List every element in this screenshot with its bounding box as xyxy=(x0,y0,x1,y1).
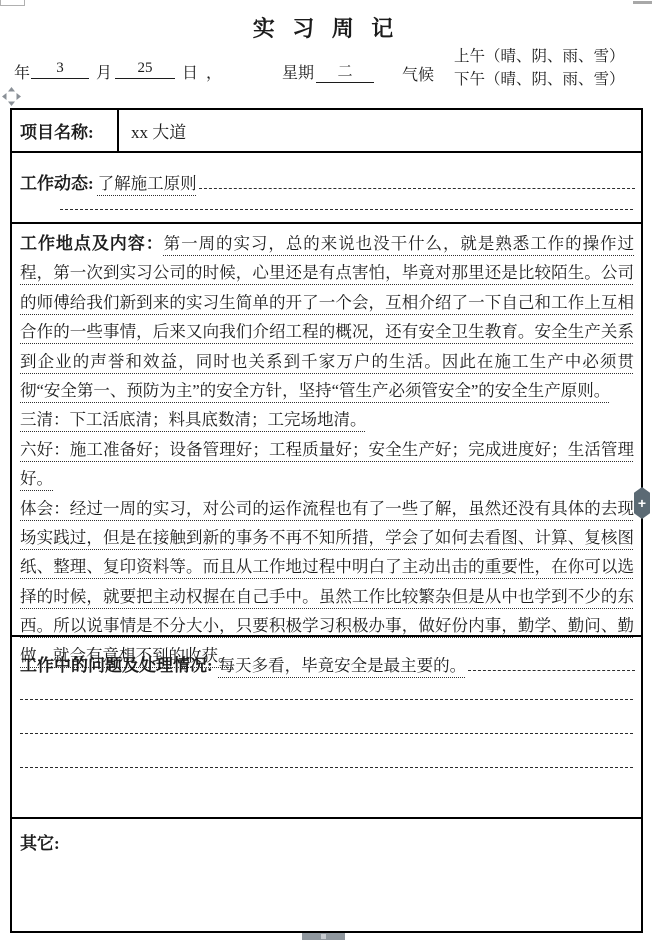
other-row[interactable]: 其它: xyxy=(12,817,641,931)
climate-options: 上午（晴、阴、雨、雪） 下午（晴、阴、雨、雪） xyxy=(454,45,652,91)
date-line: 年 3 月 25 日 ， 星期 二 气候 上午（晴、阴、雨、雪） 下午（晴、阴、… xyxy=(14,54,638,96)
content-label: 工作地点及内容： xyxy=(20,234,164,253)
document-page: 实 习 周 记 年 3 月 25 日 ， 星期 二 气候 上午（晴、阴、雨、雪）… xyxy=(0,0,652,940)
move-arrows-icon xyxy=(2,87,21,106)
day-label: 日 xyxy=(182,60,198,83)
problems-fill-line xyxy=(468,649,635,671)
dynamics-blank-line xyxy=(60,209,633,210)
problems-blank-line xyxy=(20,733,633,734)
month-label: 月 xyxy=(96,60,112,83)
weekday-value-field[interactable]: 二 xyxy=(316,60,374,83)
other-label: 其它: xyxy=(20,829,60,854)
problems-blank-line xyxy=(20,767,633,768)
problems-value-field[interactable]: 每天多看，毕竟安全是最主要的。 xyxy=(219,652,467,676)
climate-label: 气候 xyxy=(402,62,434,85)
weekday-label: 星期 xyxy=(282,60,314,83)
month-value-field[interactable]: 3 xyxy=(31,60,89,79)
content-text[interactable]: 第一周的实习，总的来说也没干什么，就是熟悉工作的操作过程，第一次到实习公司的时候… xyxy=(20,234,634,400)
content-text[interactable]: 六好：施工准备好；设备管理好；工程质量好；安全生产好；完成进度好；生活管理好。 xyxy=(20,440,634,488)
dynamics-fill-line xyxy=(199,167,635,189)
page-edge-fragment-top-left xyxy=(0,0,25,6)
journal-form-table: 项目名称: xx 大道 工作动态: 了解施工原则 工作地点及内容：第一周的实习，… xyxy=(10,108,643,933)
year-label: 年 xyxy=(14,60,30,83)
content-paragraph: 三清：下工活底清；料具底数清；工完场地清。 xyxy=(20,405,634,434)
project-value-field[interactable]: xx 大道 xyxy=(119,110,641,151)
dynamics-label: 工作动态: xyxy=(20,169,94,194)
content-row: 工作地点及内容：第一周的实习，总的来说也没干什么，就是熟悉工作的操作过程，第一次… xyxy=(12,222,641,635)
plus-icon: + xyxy=(638,495,646,511)
insert-plus-handle[interactable]: + xyxy=(634,487,650,519)
page-title: 实 习 周 记 xyxy=(0,12,652,43)
day-value-field[interactable]: 25 xyxy=(115,60,175,79)
problems-row: 工作中的问题及处理情况: 每天多看，毕竟安全是最主要的。 xyxy=(12,635,641,817)
comma: ， xyxy=(206,60,222,83)
content-text[interactable]: 三清：下工活底清；料具底数清；工完场地清。 xyxy=(20,410,367,429)
dynamics-row: 工作动态: 了解施工原则 xyxy=(12,151,641,222)
table-move-icon[interactable] xyxy=(2,87,21,106)
content-text-area[interactable]: 工作地点及内容：第一周的实习，总的来说也没干什么，就是熟悉工作的操作过程，第一次… xyxy=(12,224,641,670)
project-label: 项目名称: xyxy=(12,110,119,151)
problems-label: 工作中的问题及处理情况: xyxy=(20,651,213,676)
climate-pm: 下午（晴、阴、雨、雪） xyxy=(454,71,625,88)
dynamics-value-field[interactable]: 了解施工原则 xyxy=(98,170,197,194)
page-edge-fragment-bottom xyxy=(302,933,345,940)
page-edge-fragment-top-right xyxy=(633,1,652,4)
content-paragraph: 工作地点及内容：第一周的实习，总的来说也没干什么，就是熟悉工作的操作过程，第一次… xyxy=(20,229,634,405)
problems-blank-line xyxy=(20,699,633,700)
content-paragraph: 六好：施工准备好；设备管理好；工程质量好；安全生产好；完成进度好；生活管理好。 xyxy=(20,435,634,494)
climate-am: 上午（晴、阴、雨、雪） xyxy=(454,48,625,65)
project-row: 项目名称: xx 大道 xyxy=(12,110,641,151)
